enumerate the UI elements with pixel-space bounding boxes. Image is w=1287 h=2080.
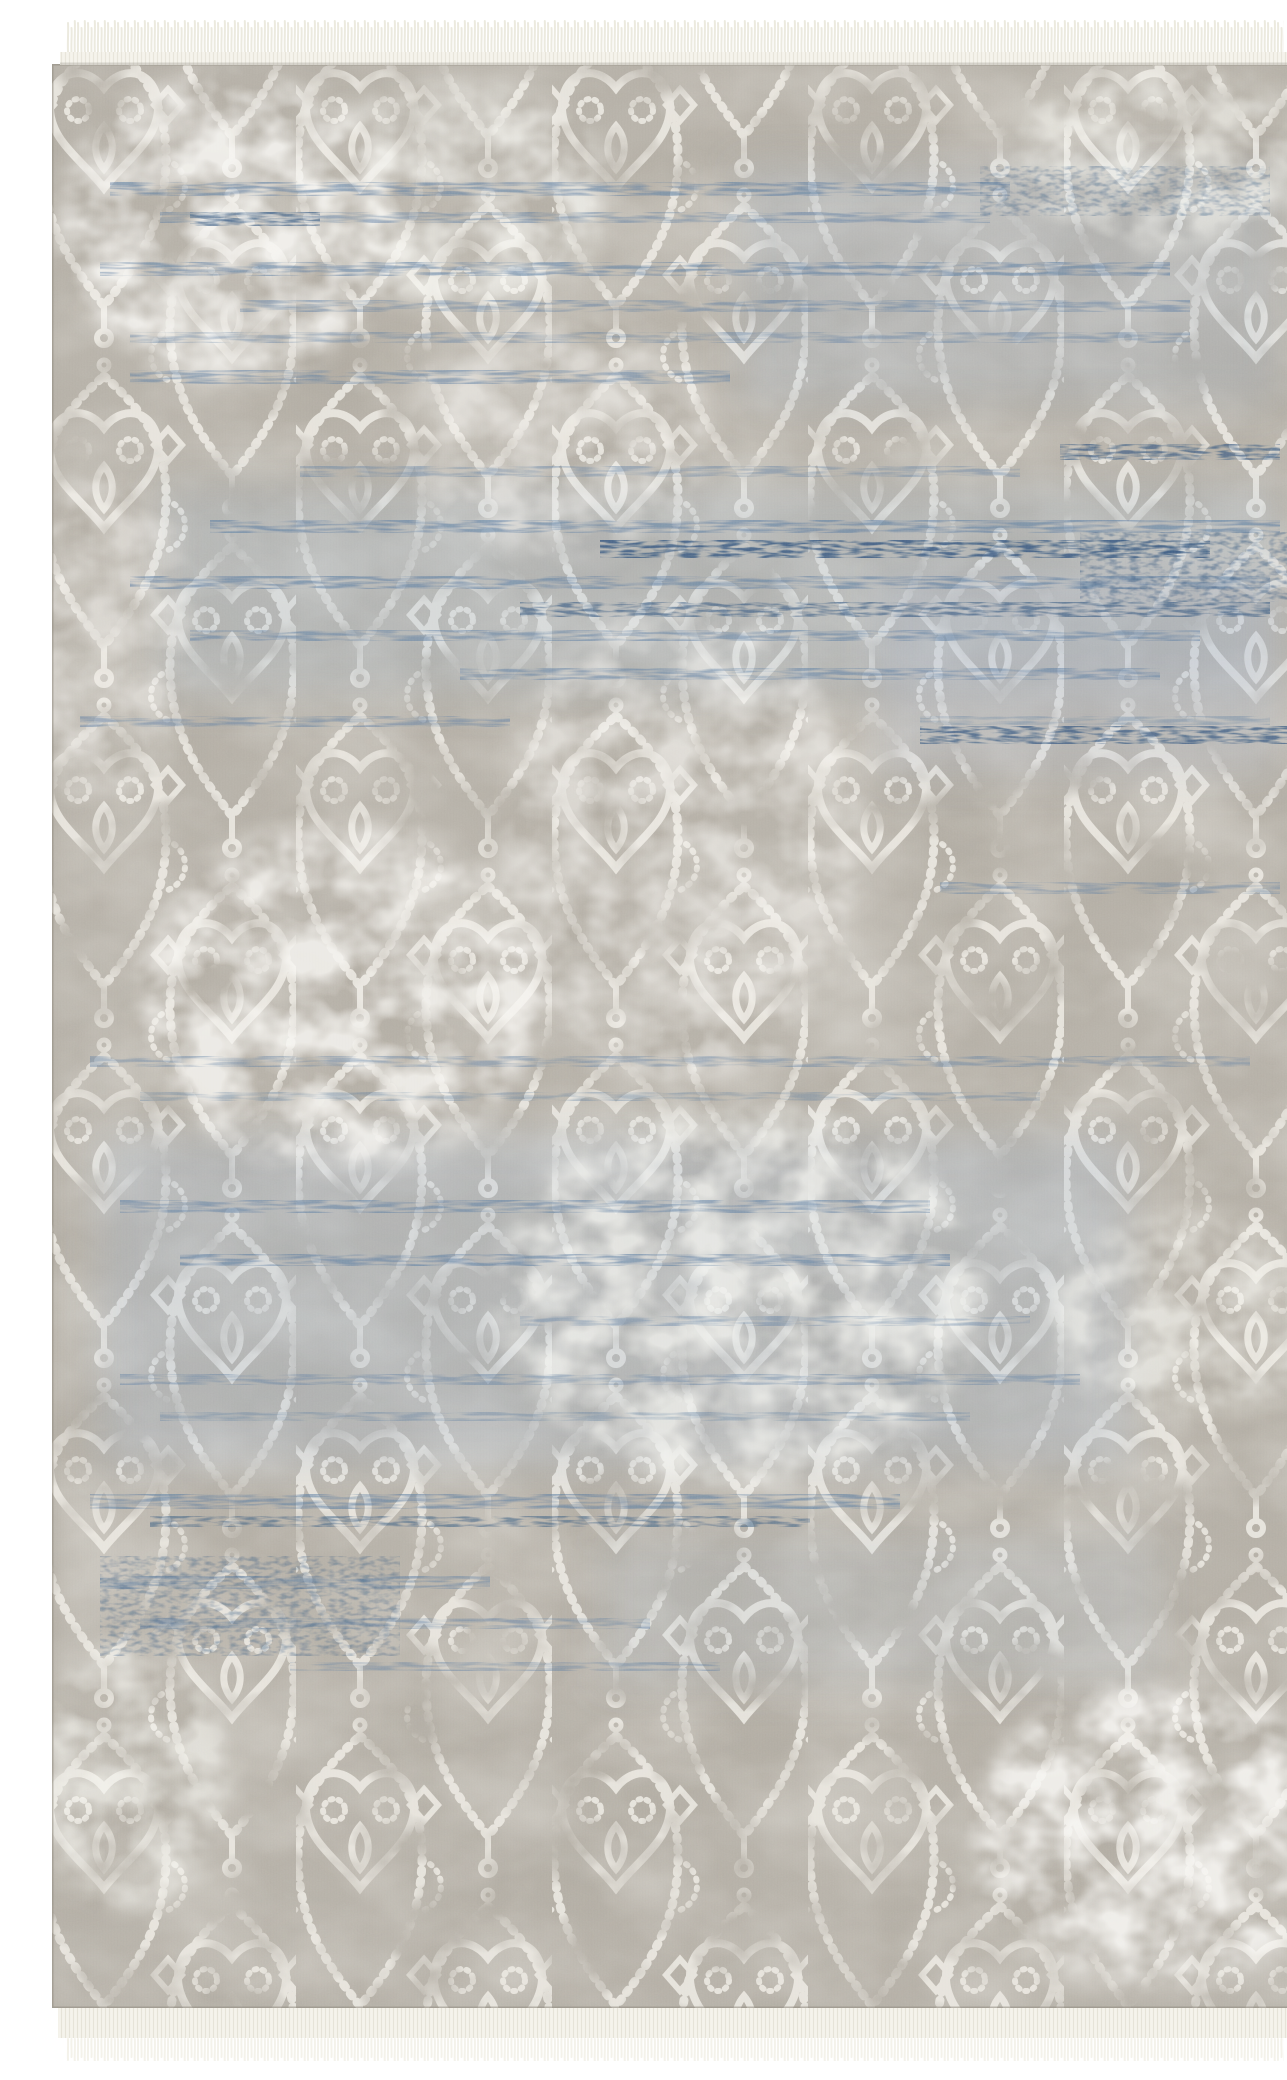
top-selvedge-shadow [60,63,1287,66]
bottom-fringe [66,2038,1284,2061]
rug-body [40,64,1287,2008]
rug-product-photo: Vintage-style distressed ornamental area… [40,16,1287,2064]
bottom-selvedge-ribs [58,2008,1287,2038]
photo-grain [52,64,1287,2008]
rug-photo-canvas [40,16,1287,2064]
top-fringe [66,19,1284,52]
